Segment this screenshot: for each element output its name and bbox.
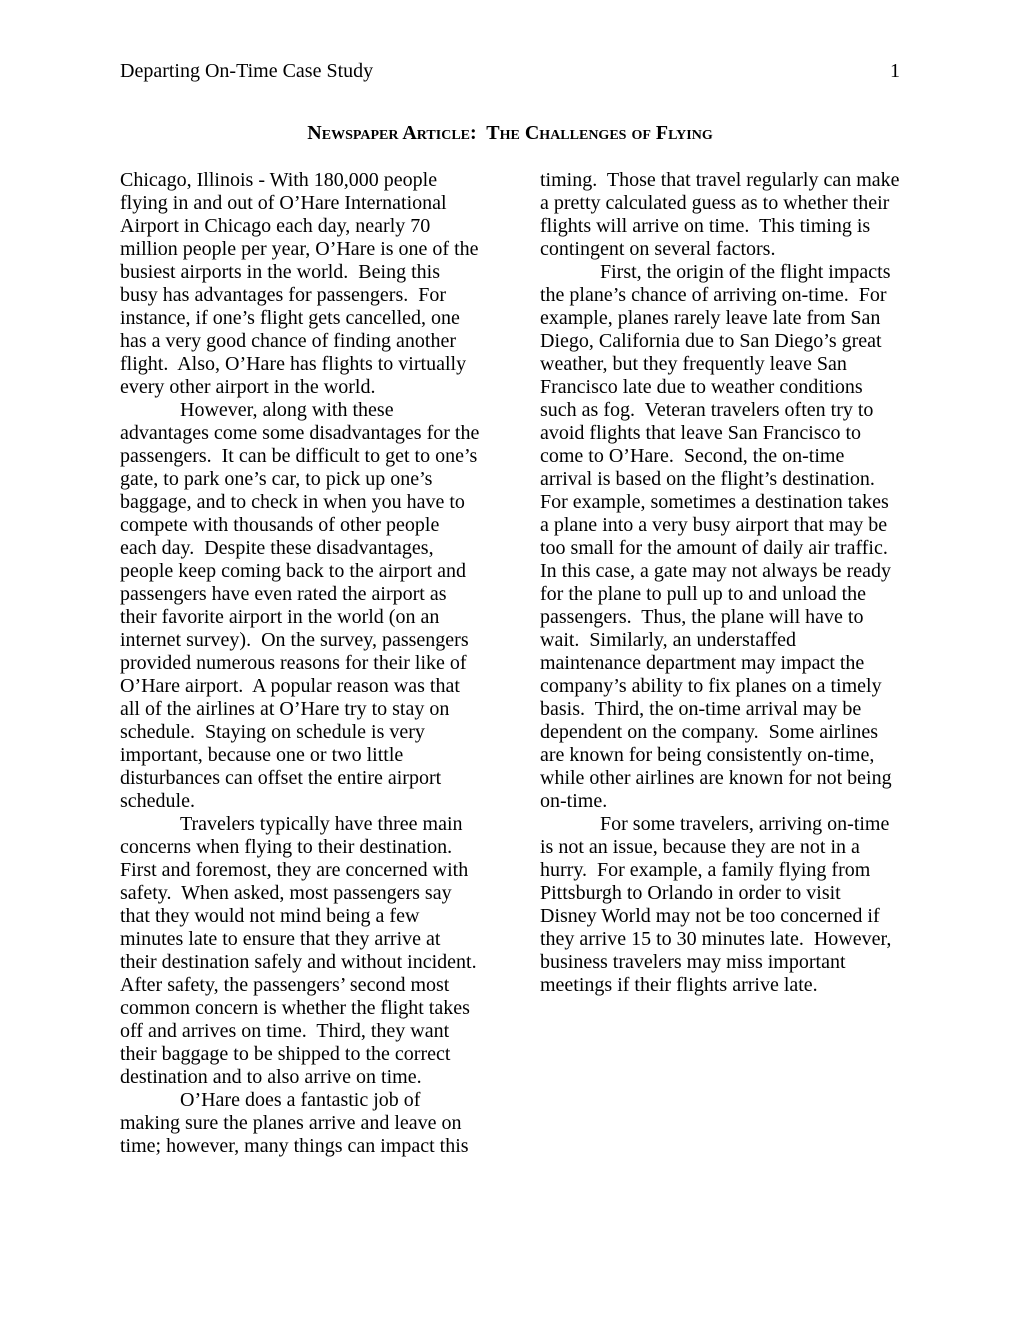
column-left: Chicago, Illinois - With 180,000 people … — [120, 169, 480, 1158]
paragraph: However, along with these advantages com… — [120, 399, 480, 813]
paragraph: For some travelers, arriving on-time is … — [540, 813, 900, 997]
document-page: Departing On-Time Case Study 1 Newspaper… — [0, 0, 1020, 1320]
paragraph: First, the origin of the flight impacts … — [540, 261, 900, 813]
header-title: Departing On-Time Case Study — [120, 60, 373, 83]
paragraph: timing. Those that travel regularly can … — [540, 169, 900, 261]
column-right: timing. Those that travel regularly can … — [540, 169, 900, 1158]
paragraph: Travelers typically have three main conc… — [120, 813, 480, 1089]
paragraph: Chicago, Illinois - With 180,000 people … — [120, 169, 480, 399]
article-title: Newspaper Article: The Challenges of Fly… — [120, 122, 900, 145]
paragraph: O’Hare does a fantastic job of making su… — [120, 1089, 480, 1158]
article-body: Chicago, Illinois - With 180,000 people … — [120, 169, 900, 1158]
page-header: Departing On-Time Case Study 1 — [120, 60, 900, 83]
page-number: 1 — [890, 60, 900, 83]
